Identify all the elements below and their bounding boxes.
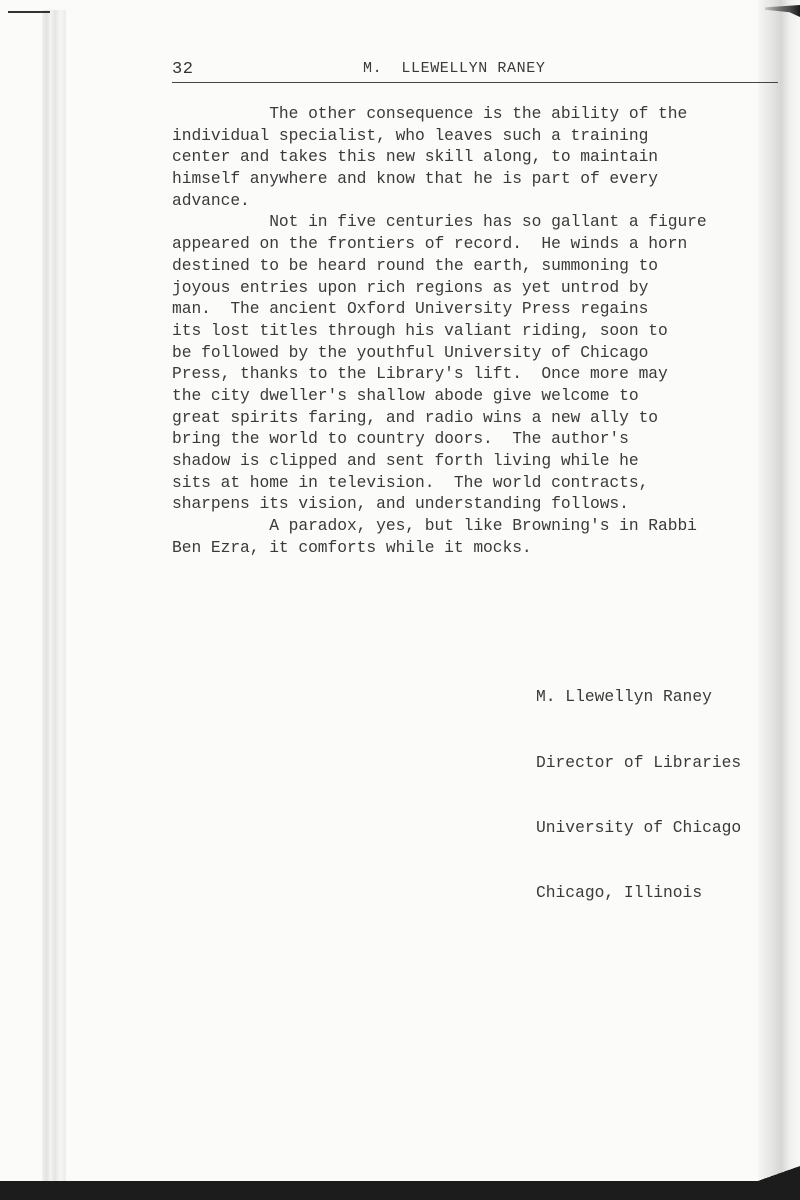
text-line: advance. (172, 190, 792, 212)
scan-edge-mark (755, 1166, 800, 1182)
text-line: center and takes this new skill along, t… (172, 146, 792, 168)
scan-edge-mark (8, 11, 50, 13)
text-line: individual specialist, who leaves such a… (172, 125, 792, 147)
text-line: great spirits faring, and radio wins a n… (172, 407, 792, 429)
text-line: appeared on the frontiers of record. He … (172, 233, 792, 255)
text-line: Ben Ezra, it comforts while it mocks. (172, 537, 792, 559)
text-line: A paradox, yes, but like Browning's in R… (172, 515, 792, 537)
page-number: 32 (172, 60, 193, 79)
signature-name: M. Llewellyn Raney (536, 686, 741, 708)
text-line: shadow is clipped and sent forth living … (172, 450, 792, 472)
text-line: The other consequence is the ability of … (172, 103, 792, 125)
text-line: Press, thanks to the Library's lift. Onc… (172, 363, 792, 385)
running-head: 32 M. LLEWELLYN RANEY (172, 60, 778, 83)
text-line: bring the world to country doors. The au… (172, 428, 792, 450)
signature-block: M. Llewellyn Raney Director of Libraries… (536, 643, 741, 925)
text-line: its lost titles through his valiant ridi… (172, 320, 792, 342)
signature-location: Chicago, Illinois (536, 882, 741, 904)
page-gutter-left (42, 10, 66, 1185)
text-line: joyous entries upon rich regions as yet … (172, 277, 792, 299)
text-line: Not in five centuries has so gallant a f… (172, 211, 792, 233)
text-line: sits at home in television. The world co… (172, 472, 792, 494)
signature-title: Director of Libraries (536, 752, 741, 774)
text-line: be followed by the youthful University o… (172, 342, 792, 364)
text-line: himself anywhere and know that he is par… (172, 168, 792, 190)
signature-institution: University of Chicago (536, 817, 741, 839)
scan-bottom-border (0, 1181, 800, 1200)
text-line: sharpens its vision, and understanding f… (172, 493, 792, 515)
text-line: the city dweller's shallow abode give we… (172, 385, 792, 407)
text-line: destined to be heard round the earth, su… (172, 255, 792, 277)
body-text: The other consequence is the ability of … (172, 103, 792, 558)
text-line: man. The ancient Oxford University Press… (172, 298, 792, 320)
running-title: M. LLEWELLYN RANEY (363, 60, 545, 77)
